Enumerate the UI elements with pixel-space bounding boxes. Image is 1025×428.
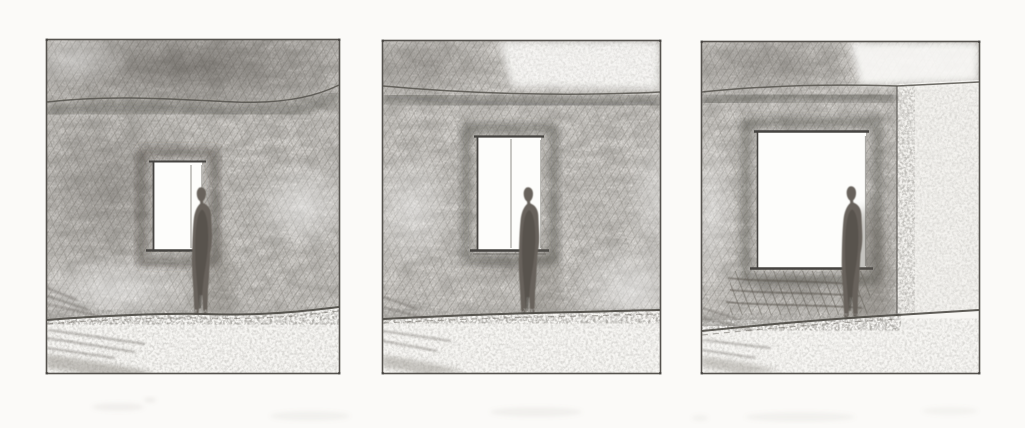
sketch-panel-medium-window bbox=[348, 27, 693, 375]
wall-highlight-left bbox=[363, 147, 459, 271]
sketch-triptych bbox=[0, 0, 1025, 428]
sketch-panel-large-window bbox=[675, 28, 981, 375]
sketch-panel-small-window bbox=[5, 16, 385, 378]
corner-highlight bbox=[17, 32, 133, 88]
corner-speckle bbox=[888, 84, 914, 316]
scan-smudges bbox=[92, 398, 978, 423]
ceiling-light bbox=[850, 42, 979, 86]
figure-canvas bbox=[0, 0, 1025, 428]
ceiling-speckle bbox=[506, 41, 660, 87]
ceiling-shadow-band bbox=[702, 95, 895, 102]
edge-highlight bbox=[684, 125, 740, 295]
edge-highlight bbox=[625, 127, 689, 271]
